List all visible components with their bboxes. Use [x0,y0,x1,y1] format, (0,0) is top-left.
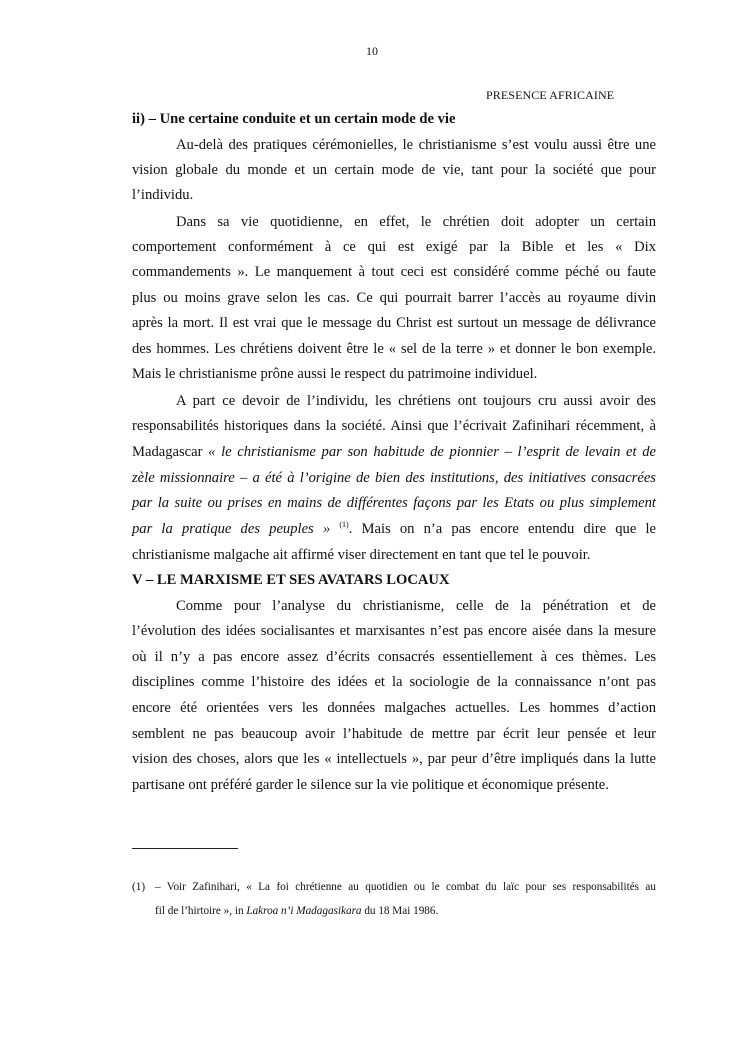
paragraph-line: après la mort. Il est vrai que le messag… [132,314,656,332]
paragraph-line: commandements ». Le manquement à tout ce… [132,263,656,281]
section-heading-ii: ii) – Une certaine conduite et un certai… [132,110,656,128]
paragraph-line: Comme pour l’analyse du christianisme, c… [176,597,656,615]
paragraph-line: disciplines comme l’histoire des idées e… [132,673,656,691]
section-heading-v: V – LE MARXISME ET SES AVATARS LOCAUX [132,571,656,589]
paragraph-line: par la pratique des peuples » (1). Mais … [132,520,656,538]
running-header: PRESENCE AFRICAINE [486,88,614,103]
paragraph-line: Dans sa vie quotidienne, en effet, le ch… [176,213,656,231]
paragraph-line: christianisme malgache ait affirmé viser… [132,546,656,564]
paragraph-line: vision globale du monde et un certain mo… [132,161,656,179]
publication-title: Lakroa n’i Madagasikara [246,905,361,917]
paragraph-line: Madagascar « le christianisme par son ha… [132,443,656,461]
quotation-line: par la suite ou prises en mains de diffé… [132,494,656,512]
text-run: . Mais on n’a pas encore entendu dire qu… [349,521,656,537]
footnote-separator [132,848,238,849]
paragraph-line: des hommes. Les chrétiens doivent être l… [132,340,656,358]
paragraph-line: l’individu. [132,186,656,204]
paragraph-line: vision des choses, alors que les « intel… [132,750,656,768]
text-run: fil de l’hirtoire », in [155,905,246,917]
paragraph-line: Au-delà des pratiques cérémonielles, le … [176,136,656,154]
footnote-line: fil de l’hirtoire », in Lakroa n’i Madag… [155,904,438,918]
paragraph-line: plus ou moins grave selon les cas. Ce qu… [132,289,656,307]
footnote-marker: (1) [132,880,145,894]
page-number: 10 [0,44,744,59]
paragraph-line: comportement conformément à ce qui est e… [132,238,656,256]
paragraph-line: A part ce devoir de l’individu, les chré… [176,392,656,410]
text-run: du 18 Mai 1986. [362,905,439,917]
paragraph-line: l’évolution des idées socialisantes et m… [132,622,656,640]
footnote-ref[interactable]: (1) [339,520,348,529]
paragraph-line: partisane ont préféré garder le silence … [132,776,656,794]
paragraph-line: encore été orientées vers les données ma… [132,699,656,717]
quotation-italic: « le christianisme par son habitude de p… [208,444,656,460]
paragraph-line: semblent ne pas beaucoup avoir l’habitud… [132,725,656,743]
text-run: Madagascar [132,444,208,460]
paragraph-line: responsabilités historiques dans la soci… [132,417,656,435]
paragraph-line: Mais le christianisme prône aussi le res… [132,365,656,383]
footnote-line: – Voir Zafinihari, « La foi chrétienne a… [155,880,656,894]
quotation-line: zèle missionnaire – a été à l’origine de… [132,469,656,487]
paragraph-line: où il n’y a pas encore assez d’écrits co… [132,648,656,666]
quotation-italic: par la pratique des peuples » [132,521,330,537]
